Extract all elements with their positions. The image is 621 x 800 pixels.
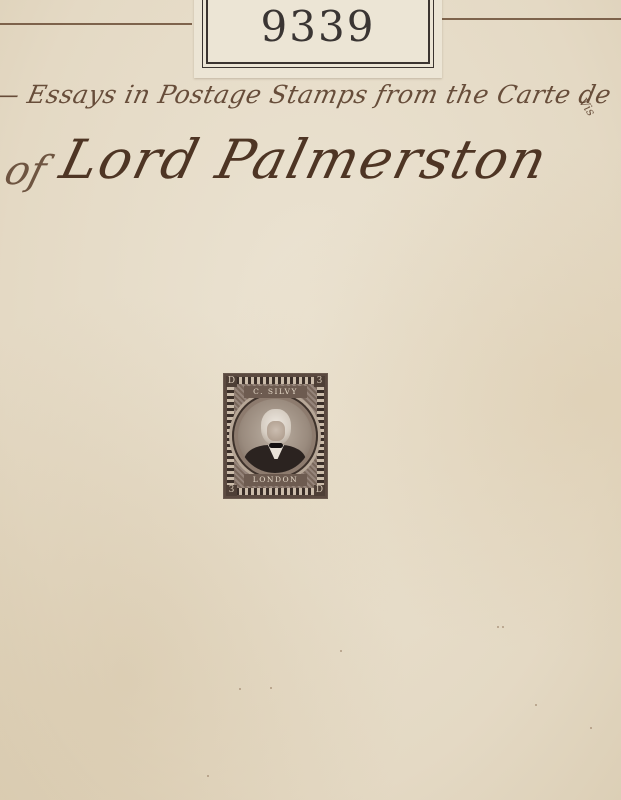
stamp-banner-top: C. SILVY [244, 386, 307, 398]
postage-stamp-essay: D 3 3 D C. SILVY LONDON [224, 374, 327, 498]
catalogue-number: 9339 [208, 2, 428, 51]
stamp-corner-bottom-right: D [314, 485, 325, 496]
portrait-cravat [269, 443, 283, 448]
ruled-line-right [436, 18, 621, 20]
stamp-banner-bottom: LONDON [244, 474, 307, 486]
portrait-face [267, 421, 285, 441]
inscription-line-1: — Essays in Postage Stamps from the Cart… [0, 80, 614, 109]
stamp-medallion [232, 393, 318, 479]
ruled-line-left [0, 23, 192, 25]
stamp-corner-top-left: D [226, 376, 237, 387]
label-frame: 9339 [206, 0, 430, 64]
portrait-photo [238, 399, 312, 473]
stamp-corner-bottom-left: 3 [226, 485, 237, 496]
inscription-line-2-prefix: of [0, 148, 51, 194]
stamp-corner-top-right: 3 [314, 376, 325, 387]
catalogue-number-label: 9339 [194, 0, 442, 78]
inscription-title-lord-palmerston: Lord Palmerston [54, 128, 555, 191]
